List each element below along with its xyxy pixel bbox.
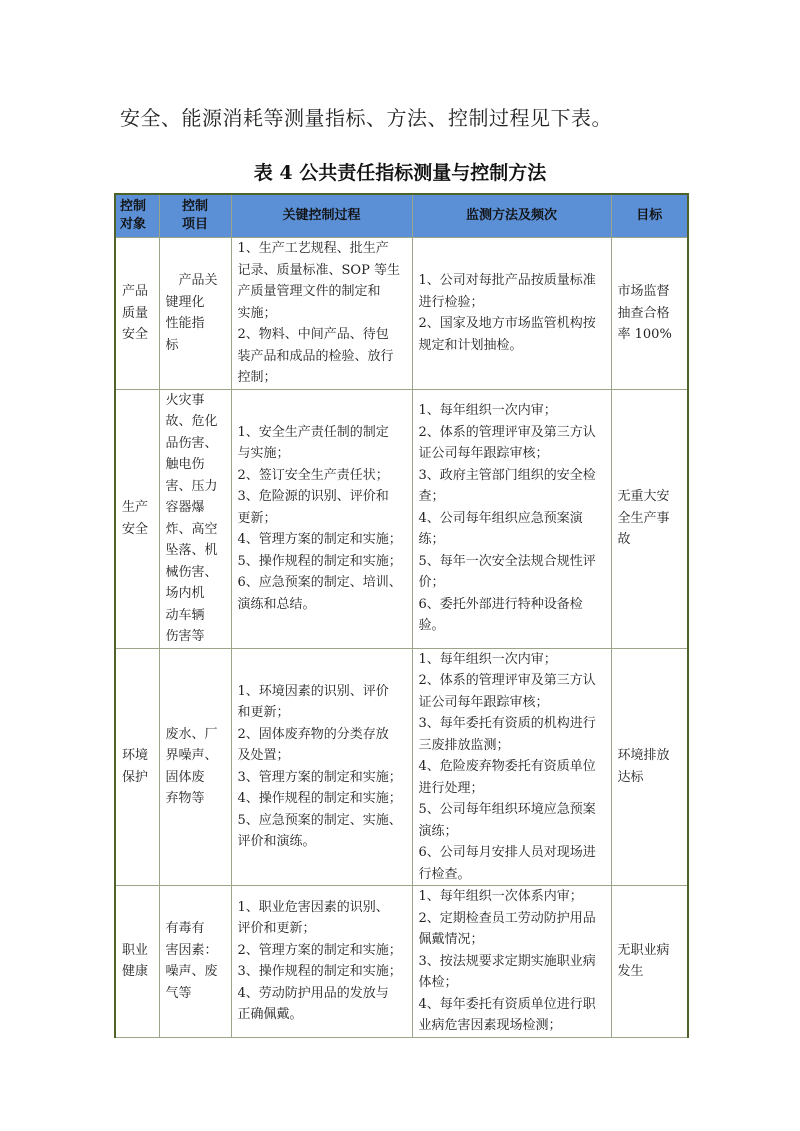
cell-text-line: 1、安全生产责任制的制定 bbox=[238, 422, 406, 444]
table-row: 生产安全火灾事故、危化品伤害、触电伤害、压力容器爆炸、高空坠落、机械伤害、场内机… bbox=[115, 389, 688, 648]
cell-text-line: 弃物等 bbox=[166, 788, 225, 810]
control-object-cell: 职业健康 bbox=[115, 886, 159, 1038]
cell-text-line: 气等 bbox=[166, 983, 225, 1005]
cell-text-line: 触电伤 bbox=[166, 454, 225, 476]
cell-text-line: 2、定期检查员工劳动防护用品 bbox=[419, 908, 605, 930]
cell-text-line: 炸、高空 bbox=[166, 519, 225, 541]
cell-text-line: 废水、厂 bbox=[166, 724, 225, 746]
cell-text-line: 进行处理； bbox=[419, 778, 605, 800]
cell-text-line: 和更新； bbox=[238, 702, 406, 724]
cell-text-line: 6、委托外部进行特种设备检 bbox=[419, 594, 605, 616]
cell-text-line: 评价和演练。 bbox=[238, 831, 406, 853]
cell-text-line: 市场监督 bbox=[618, 281, 682, 303]
cell-text-line: 行检查。 bbox=[419, 864, 605, 886]
cell-text-line: 价； bbox=[419, 572, 605, 594]
cell-text-line: 火灾事 bbox=[166, 390, 225, 412]
cell-text-line: 5、每年一次安全法规合规性评 bbox=[419, 551, 605, 573]
cell-text-line: 械伤害、 bbox=[166, 562, 225, 584]
cell-text-line: 1、每年组织一次内审； bbox=[419, 649, 605, 671]
key-process-cell: 1、环境因素的识别、评价和更新；2、固体废弃物的分类存放及处置；3、管理方案的制… bbox=[231, 648, 412, 886]
cell-text-line: 安全 bbox=[122, 324, 153, 346]
cell-text-line: 进行检验； bbox=[419, 292, 605, 314]
cell-text-line: 5、应急预案的制定、实施、 bbox=[238, 810, 406, 832]
cell-text-line: 率 100% bbox=[618, 324, 682, 346]
cell-text-line: 6、公司每月安排人员对现场进 bbox=[419, 842, 605, 864]
cell-text-line: 1、每年组织一次体系内审； bbox=[419, 886, 605, 908]
cell-text-line: 业病危害因素现场检测； bbox=[419, 1015, 605, 1037]
cell-text-line: 演练和总结。 bbox=[238, 594, 406, 616]
intro-paragraph: 安全、能源消耗等测量指标、方法、控制过程见下表。 bbox=[120, 102, 612, 131]
control-item-cell: 火灾事故、危化品伤害、触电伤害、压力容器爆炸、高空坠落、机械伤害、场内机动车辆伤… bbox=[159, 389, 231, 648]
cell-text-line: 规定和计划抽检。 bbox=[419, 335, 605, 357]
table-row: 产品质量安全 产品关键理化性能指标1、生产工艺规程、批生产记录、质量标准、SOP… bbox=[115, 238, 688, 390]
goal-cell: 市场监督抽查合格率 100% bbox=[611, 238, 688, 390]
cell-text-line: 标 bbox=[166, 335, 225, 357]
cell-text-line: 2、国家及地方市场监管机构按 bbox=[419, 313, 605, 335]
cell-text-line: 害、压力 bbox=[166, 476, 225, 498]
cell-text-line: 更新； bbox=[238, 508, 406, 530]
cell-text-line: 1、生产工艺规程、批生产 bbox=[238, 238, 406, 260]
control-item-cell: 有毒有害因素：噪声、废气等 bbox=[159, 886, 231, 1038]
cell-text-line: 产品关 bbox=[166, 270, 225, 292]
cell-text-line: 装产品和成品的检验、放行 bbox=[238, 346, 406, 368]
cell-text-line: 2、管理方案的制定和实施； bbox=[238, 940, 406, 962]
cell-text-line: 发生 bbox=[618, 961, 682, 983]
cell-text-line: 场内机 bbox=[166, 583, 225, 605]
cell-text-line: 三废排放监测； bbox=[419, 735, 605, 757]
cell-text-line: 键理化 bbox=[166, 292, 225, 314]
cell-text-line: 健康 bbox=[122, 961, 153, 983]
control-item-cell: 产品关键理化性能指标 bbox=[159, 238, 231, 390]
header-goal: 目标 bbox=[611, 194, 688, 238]
cell-text-line: 2、体系的管理评审及第三方认 bbox=[419, 422, 605, 444]
cell-text-line: 故、危化 bbox=[166, 411, 225, 433]
table-caption: 表 4 公共责任指标测量与控制方法 bbox=[0, 158, 800, 185]
cell-text-line: 评价和更新； bbox=[238, 918, 406, 940]
cell-text-line: 伤害等 bbox=[166, 626, 225, 648]
cell-text-line: 佩戴情况； bbox=[419, 929, 605, 951]
cell-text-line: 性能指 bbox=[166, 313, 225, 335]
cell-text-line: 有毒有 bbox=[166, 918, 225, 940]
cell-text-line: 4、操作规程的制定和实施； bbox=[238, 788, 406, 810]
table-row: 环境保护废水、厂界噪声、固体废弃物等1、环境因素的识别、评价和更新；2、固体废弃… bbox=[115, 648, 688, 886]
cell-text-line: 6、应急预案的制定、培训、 bbox=[238, 572, 406, 594]
cell-text-line: 害因素： bbox=[166, 940, 225, 962]
cell-text-line: 故 bbox=[618, 529, 682, 551]
cell-text-line: 保护 bbox=[122, 767, 153, 789]
key-process-cell: 1、安全生产责任制的制定与实施；2、签订安全生产责任状；3、危险源的识别、评价和… bbox=[231, 389, 412, 648]
cell-text-line: 无职业病 bbox=[618, 940, 682, 962]
control-object-cell: 生产安全 bbox=[115, 389, 159, 648]
cell-text-line: 查； bbox=[419, 486, 605, 508]
goal-cell: 无重大安全生产事故 bbox=[611, 389, 688, 648]
cell-text-line: 3、每年委托有资质的机构进行 bbox=[419, 713, 605, 735]
cell-text-line: 4、危险废弃物委托有资质单位 bbox=[419, 756, 605, 778]
monitoring-method-cell: 1、公司对每批产品按质量标准进行检验；2、国家及地方市场监管机构按规定和计划抽检… bbox=[412, 238, 611, 390]
monitoring-method-cell: 1、每年组织一次体系内审；2、定期检查员工劳动防护用品佩戴情况；3、按法规要求定… bbox=[412, 886, 611, 1038]
table-header-row: 控制 对象 控制 项目 关键控制过程 监测方法及频次 目标 bbox=[115, 194, 688, 238]
cell-text-line: 环境排放 bbox=[618, 745, 682, 767]
cell-text-line: 体检； bbox=[419, 972, 605, 994]
public-responsibility-table: 控制 对象 控制 项目 关键控制过程 监测方法及频次 目标 产品质量安全 产品关… bbox=[114, 193, 689, 1038]
cell-text-line: 生产 bbox=[122, 497, 153, 519]
control-object-cell: 产品质量安全 bbox=[115, 238, 159, 390]
cell-text-line: 坠落、机 bbox=[166, 540, 225, 562]
cell-text-line: 5、公司每年组织环境应急预案 bbox=[419, 799, 605, 821]
cell-text-line: 2、物料、中间产品、待包 bbox=[238, 324, 406, 346]
cell-text-line: 职业 bbox=[122, 940, 153, 962]
cell-text-line: 证公司每年跟踪审核； bbox=[419, 443, 605, 465]
cell-text-line: 3、操作规程的制定和实施； bbox=[238, 961, 406, 983]
cell-text-line: 及处置； bbox=[238, 745, 406, 767]
cell-text-line: 产质量管理文件的制定和 bbox=[238, 281, 406, 303]
cell-text-line: 2、签订安全生产责任状； bbox=[238, 465, 406, 487]
control-item-cell: 废水、厂界噪声、固体废弃物等 bbox=[159, 648, 231, 886]
cell-text-line: 记录、质量标准、SOP 等生 bbox=[238, 260, 406, 282]
cell-text-line: 抽查合格 bbox=[618, 303, 682, 325]
monitoring-method-cell: 1、每年组织一次内审；2、体系的管理评审及第三方认证公司每年跟踪审核；3、政府主… bbox=[412, 389, 611, 648]
cell-text-line: 5、操作规程的制定和实施； bbox=[238, 551, 406, 573]
header-control-item: 控制 项目 bbox=[159, 194, 231, 238]
cell-text-line: 全生产事 bbox=[618, 508, 682, 530]
monitoring-method-cell: 1、每年组织一次内审；2、体系的管理评审及第三方认证公司每年跟踪审核；3、每年委… bbox=[412, 648, 611, 886]
key-process-cell: 1、职业危害因素的识别、评价和更新；2、管理方案的制定和实施；3、操作规程的制定… bbox=[231, 886, 412, 1038]
cell-text-line: 噪声、废 bbox=[166, 961, 225, 983]
cell-text-line: 容器爆 bbox=[166, 497, 225, 519]
cell-text-line: 1、每年组织一次内审； bbox=[419, 400, 605, 422]
cell-text-line: 3、危险源的识别、评价和 bbox=[238, 486, 406, 508]
cell-text-line: 动车辆 bbox=[166, 605, 225, 627]
header-control-object: 控制 对象 bbox=[115, 194, 159, 238]
cell-text-line: 4、公司每年组织应急预案演 bbox=[419, 508, 605, 530]
cell-text-line: 无重大安 bbox=[618, 486, 682, 508]
header-key-process: 关键控制过程 bbox=[231, 194, 412, 238]
cell-text-line: 品伤害、 bbox=[166, 433, 225, 455]
cell-text-line: 2、固体废弃物的分类存放 bbox=[238, 724, 406, 746]
cell-text-line: 与实施； bbox=[238, 443, 406, 465]
cell-text-line: 证公司每年跟踪审核； bbox=[419, 692, 605, 714]
goal-cell: 无职业病发生 bbox=[611, 886, 688, 1038]
cell-text-line: 1、职业危害因素的识别、 bbox=[238, 897, 406, 919]
cell-text-line: 控制； bbox=[238, 367, 406, 389]
key-process-cell: 1、生产工艺规程、批生产记录、质量标准、SOP 等生产质量管理文件的制定和实施；… bbox=[231, 238, 412, 390]
cell-text-line: 达标 bbox=[618, 767, 682, 789]
cell-text-line: 练； bbox=[419, 529, 605, 551]
cell-text-line: 安全 bbox=[122, 519, 153, 541]
cell-text-line: 3、管理方案的制定和实施； bbox=[238, 767, 406, 789]
cell-text-line: 固体废 bbox=[166, 767, 225, 789]
cell-text-line: 产品 bbox=[122, 281, 153, 303]
cell-text-line: 4、劳动防护用品的发放与 bbox=[238, 983, 406, 1005]
cell-text-line: 质量 bbox=[122, 303, 153, 325]
control-object-cell: 环境保护 bbox=[115, 648, 159, 886]
cell-text-line: 3、按法规要求定期实施职业病 bbox=[419, 951, 605, 973]
cell-text-line: 1、公司对每批产品按质量标准 bbox=[419, 270, 605, 292]
cell-text-line: 实施； bbox=[238, 303, 406, 325]
cell-text-line: 正确佩戴。 bbox=[238, 1004, 406, 1026]
cell-text-line: 演练； bbox=[419, 821, 605, 843]
cell-text-line: 4、管理方案的制定和实施； bbox=[238, 529, 406, 551]
cell-text-line: 2、体系的管理评审及第三方认 bbox=[419, 670, 605, 692]
goal-cell: 环境排放达标 bbox=[611, 648, 688, 886]
cell-text-line: 环境 bbox=[122, 745, 153, 767]
table-row: 职业健康有毒有害因素：噪声、废气等1、职业危害因素的识别、评价和更新；2、管理方… bbox=[115, 886, 688, 1038]
cell-text-line: 验。 bbox=[419, 615, 605, 637]
header-monitoring-method: 监测方法及频次 bbox=[412, 194, 611, 238]
cell-text-line: 界噪声、 bbox=[166, 745, 225, 767]
cell-text-line: 4、每年委托有资质单位进行职 bbox=[419, 994, 605, 1016]
cell-text-line: 1、环境因素的识别、评价 bbox=[238, 681, 406, 703]
cell-text-line: 3、政府主管部门组织的安全检 bbox=[419, 465, 605, 487]
